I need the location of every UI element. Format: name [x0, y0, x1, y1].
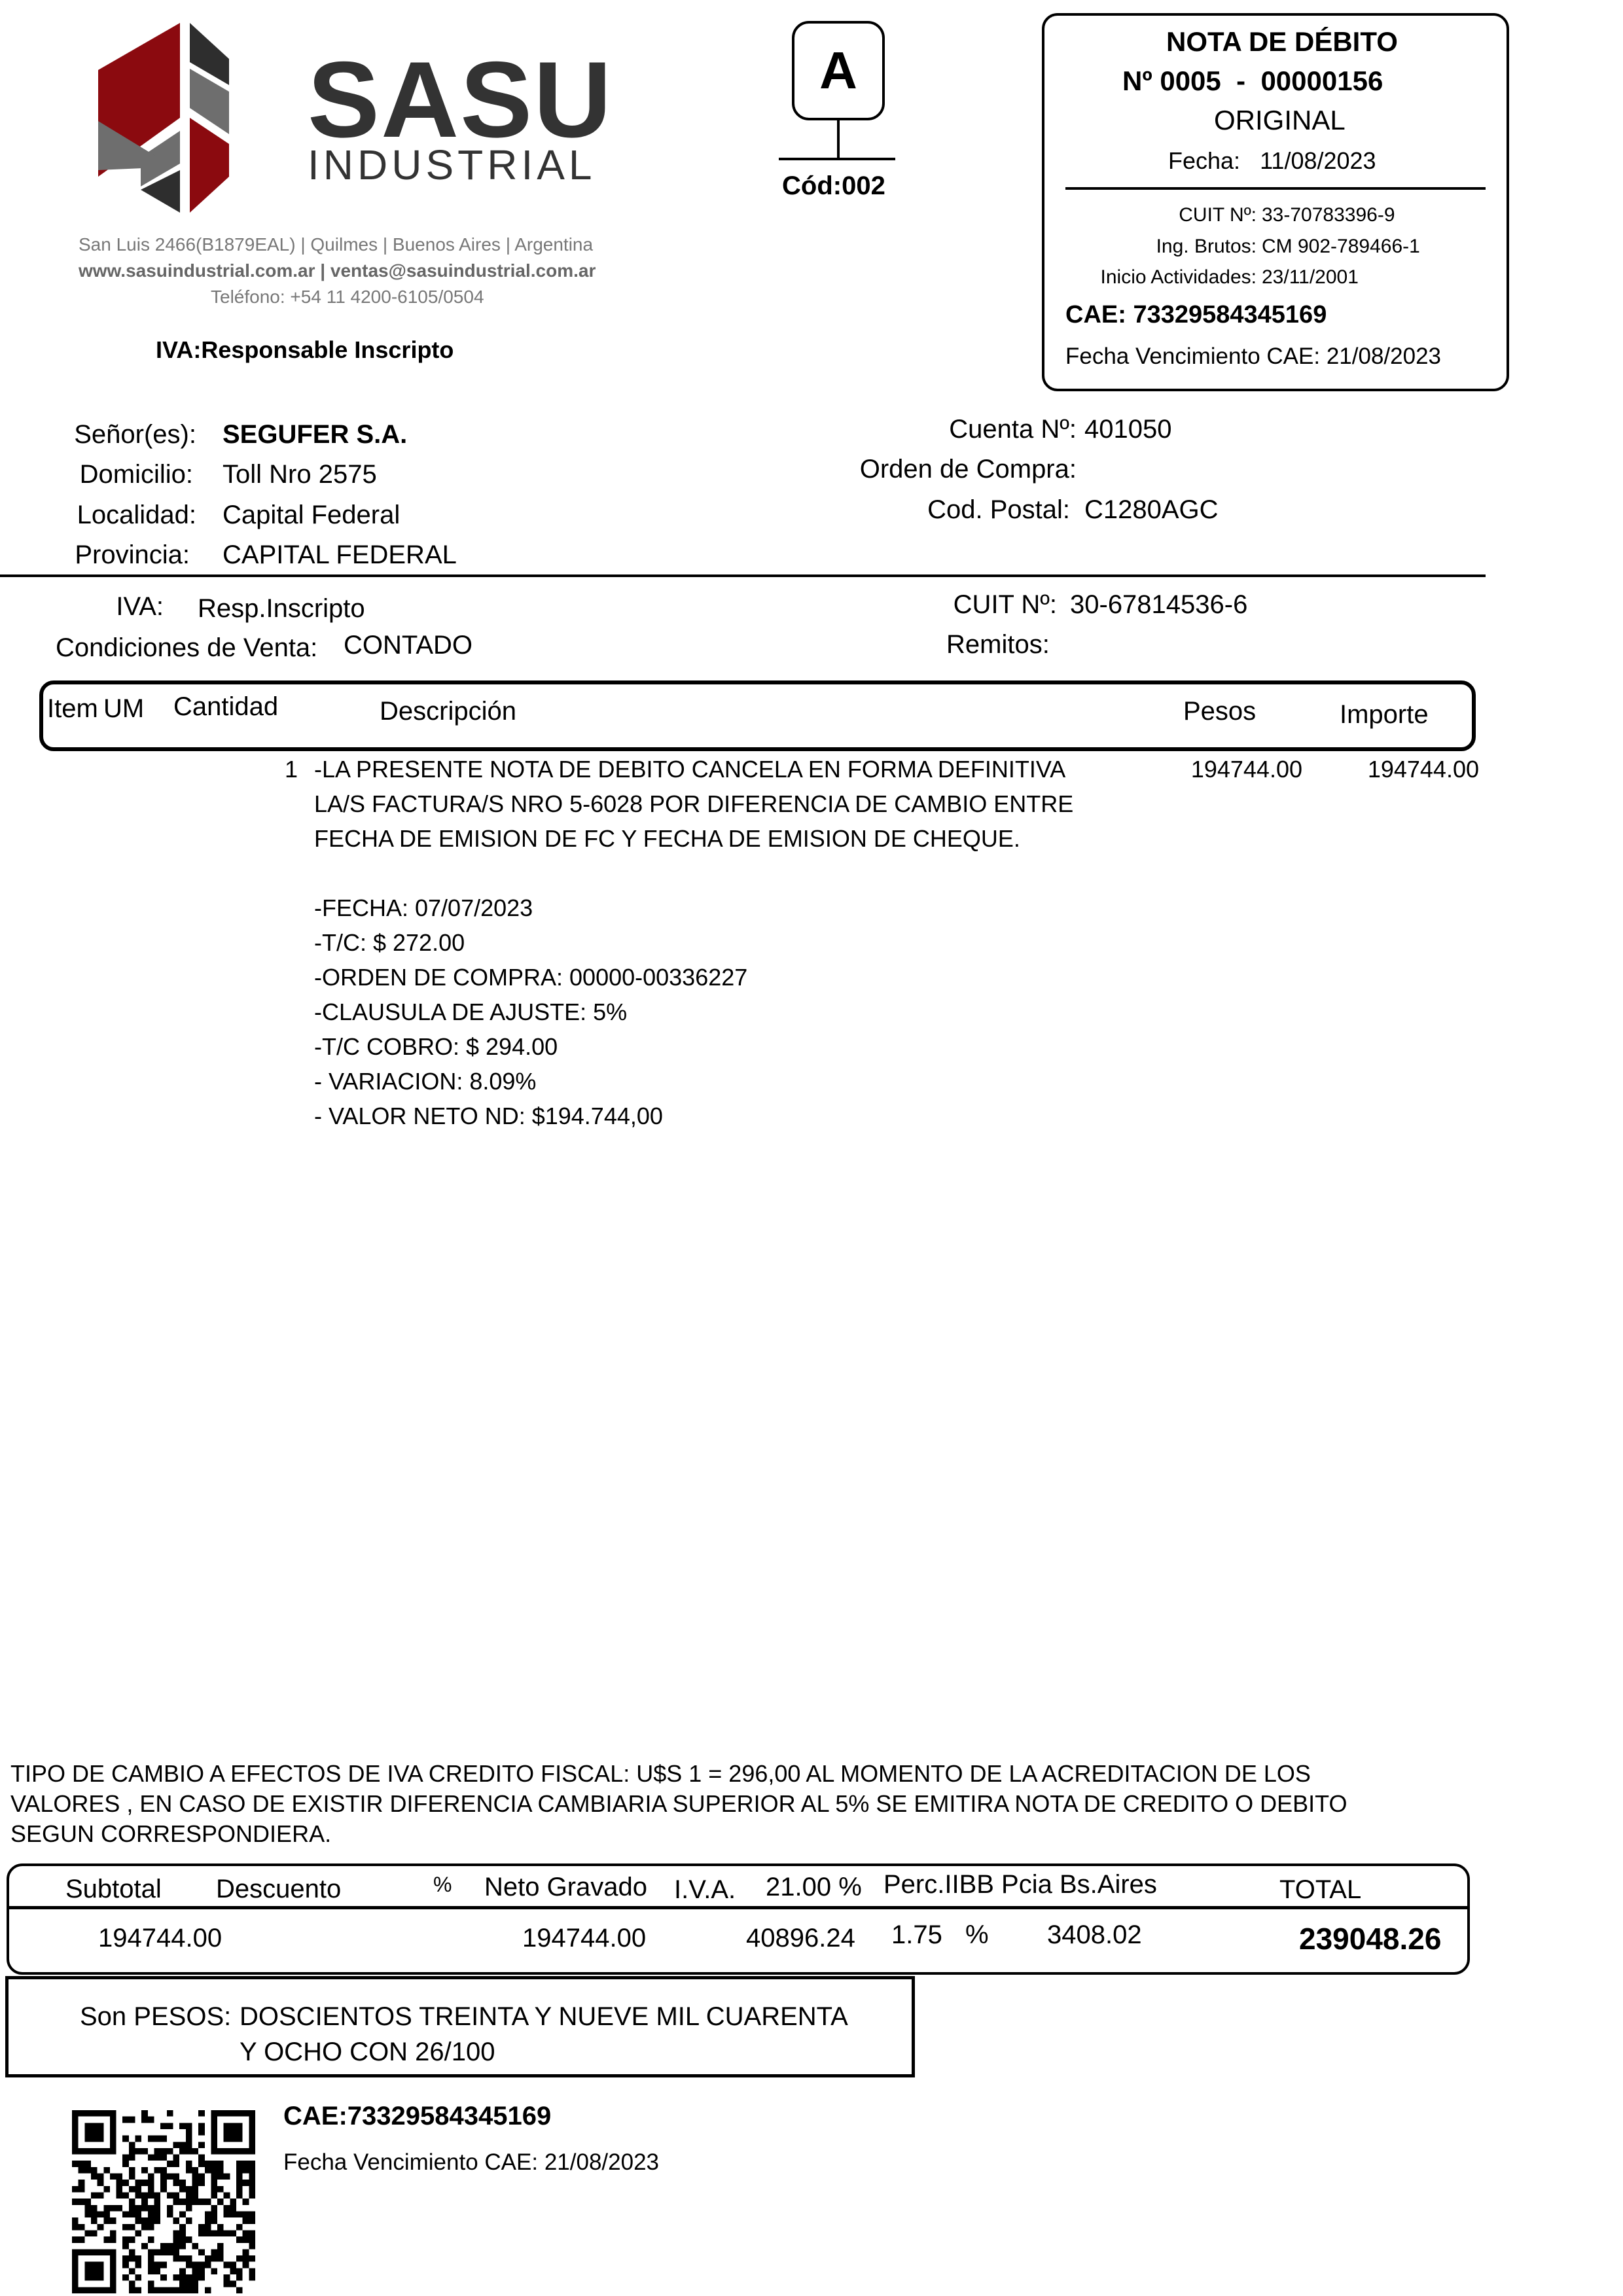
- issuer-start-label: Inicio Actividades:: [1067, 266, 1257, 289]
- item-description-line: -T/C: $ 272.00: [314, 929, 465, 957]
- company-iva-condition: IVA:Responsable Inscripto: [156, 336, 454, 364]
- document-date-label: Fecha:: [1168, 147, 1240, 174]
- customer-sale-cond-label: Condiciones de Venta:: [56, 633, 317, 663]
- document-number-label: Nº: [1122, 65, 1152, 96]
- totals-perc-label: Perc.IIBB Pcia Bs.Aires: [883, 1870, 1157, 1899]
- col-item: Item: [47, 694, 98, 724]
- amount-in-words-line1: DOSCIENTOS TREINTA Y NUEVE MIL CUARENTA: [240, 2002, 848, 2032]
- customer-cuit: 30-67814536-6: [1070, 590, 1247, 620]
- item-qty: 1: [268, 756, 298, 783]
- col-um: UM: [103, 694, 144, 724]
- divider: [0, 574, 1486, 577]
- col-qty: Cantidad: [173, 692, 278, 722]
- document-date-value: 11/08/2023: [1260, 147, 1376, 174]
- col-description: Descripción: [380, 697, 516, 726]
- document-copy: ORIGINAL: [1214, 105, 1346, 136]
- customer-province: CAPITAL FEDERAL: [223, 540, 457, 570]
- totals-iva-rate: 21.00 %: [766, 1873, 862, 1902]
- customer-cuit-label: CUIT Nº:: [942, 590, 1057, 620]
- issuer-cuit: 33-70783396-9: [1262, 204, 1395, 226]
- footer-cae-due-value: 21/08/2023: [544, 2149, 659, 2175]
- item-description-line: -T/C COBRO: $ 294.00: [314, 1033, 558, 1061]
- totals-discount-label: Descuento: [216, 1875, 341, 1904]
- exchange-note-line: VALORES , EN CASO DE EXISTIR DIFERENCIA …: [10, 1790, 1347, 1818]
- customer-address-label: Domicilio:: [65, 460, 193, 489]
- customer-address: Toll Nro 2575: [223, 460, 377, 489]
- divider: [837, 120, 840, 158]
- customer-po-label: Orden de Compra:: [851, 455, 1077, 484]
- cae-due-value: 21/08/2023: [1327, 344, 1441, 369]
- customer-zip: C1280AGC: [1084, 495, 1219, 525]
- issuer-iibb: CM 902-789466-1: [1262, 236, 1420, 258]
- item-description-line: LA/S FACTURA/S NRO 5-6028 POR DIFERENCIA…: [314, 790, 1073, 818]
- footer-cae-due: Fecha Vencimiento CAE: 21/08/2023: [283, 2149, 659, 2176]
- divider: [8, 1906, 1469, 1909]
- company-logo-icon: [98, 23, 275, 213]
- customer-iva-label: IVA:: [65, 592, 164, 622]
- col-price: Pesos: [1183, 697, 1256, 726]
- cae-value: 73329584345169: [1133, 301, 1327, 328]
- totals-iva-value: 40896.24: [746, 1924, 855, 1953]
- customer-province-label: Provincia:: [65, 540, 190, 570]
- item-description-line: FECHA DE EMISION DE FC Y FECHA DE EMISIO…: [314, 825, 1020, 853]
- exchange-note-line: SEGUN CORRESPONDIERA.: [10, 1820, 331, 1848]
- customer-zip-label: Cod. Postal:: [851, 495, 1070, 525]
- issuer-iibb-label: Ing. Brutos:: [1067, 236, 1257, 258]
- document-date: Fecha: 11/08/2023: [1168, 147, 1376, 175]
- item-description-line: -ORDEN DE COMPRA: 00000-00336227: [314, 964, 747, 991]
- item-amount: 194744.00: [1348, 756, 1479, 783]
- totals-total-value: 239048.26: [1299, 1921, 1441, 1956]
- exchange-note-line: TIPO DE CAMBIO A EFECTOS DE IVA CREDITO …: [10, 1760, 1311, 1788]
- customer-city: Capital Federal: [223, 501, 400, 530]
- issuer-cuit-label: CUIT Nº:: [1067, 204, 1257, 226]
- totals-perc-value: 3408.02: [1047, 1920, 1142, 1950]
- item-description-line: -LA PRESENTE NOTA DE DEBITO CANCELA EN F…: [314, 756, 1065, 783]
- item-price: 194744.00: [1171, 756, 1302, 783]
- voucher-letter-text: A: [819, 41, 857, 101]
- document-number-value: 0005 - 00000156: [1160, 65, 1383, 96]
- footer-cae: CAE:73329584345169: [283, 2102, 551, 2131]
- document-cae: CAE: 73329584345169: [1065, 301, 1327, 329]
- totals-net-value: 194744.00: [522, 1924, 646, 1953]
- issuer-start-date: 23/11/2001: [1262, 266, 1359, 289]
- totals-perc-rate: 1.75: [891, 1920, 942, 1950]
- divider: [1065, 187, 1486, 190]
- item-description-line: -FECHA: 07/07/2023: [314, 894, 533, 922]
- company-phone: Teléfono: +54 11 4200-6105/0504: [211, 288, 484, 306]
- customer-sale-cond: CONTADO: [344, 631, 473, 660]
- divider: [779, 158, 895, 160]
- qr-code-icon: [72, 2110, 255, 2293]
- customer-name-label: Señor(es):: [65, 420, 196, 450]
- company-address: San Luis 2466(B1879EAL) | Quilmes | Buen…: [79, 236, 593, 254]
- cae-due-label: Fecha Vencimiento CAE:: [1065, 344, 1320, 369]
- document-cae-due: Fecha Vencimiento CAE: 21/08/2023: [1065, 344, 1441, 370]
- customer-remitos-label: Remitos:: [946, 630, 1050, 660]
- document-number: Nº 0005 - 00000156: [1122, 65, 1383, 97]
- totals-subtotal-label: Subtotal: [65, 1875, 162, 1904]
- totals-total-label: TOTAL: [1279, 1875, 1361, 1905]
- amount-in-words-line2: Y OCHO CON 26/100: [240, 2038, 495, 2067]
- amount-in-words-label: Son PESOS:: [80, 2002, 231, 2032]
- customer-iva: Resp.Inscripto: [198, 594, 365, 624]
- cae-label: CAE:: [1065, 301, 1126, 328]
- col-amount: Importe: [1340, 700, 1429, 730]
- customer-account: 401050: [1084, 415, 1171, 444]
- customer-city-label: Localidad:: [65, 501, 196, 530]
- totals-perc-pct: %: [965, 1920, 989, 1950]
- voucher-code: Cód:002: [782, 171, 885, 201]
- company-name: SASU: [308, 46, 613, 154]
- totals-net-label: Neto Gravado: [484, 1873, 647, 1902]
- footer-cae-due-label: Fecha Vencimiento CAE:: [283, 2149, 538, 2175]
- totals-discount-pct-label: %: [433, 1873, 452, 1897]
- totals-iva-label: I.V.A.: [674, 1875, 736, 1905]
- company-subtitle: INDUSTRIAL: [308, 144, 596, 186]
- item-description-line: - VARIACION: 8.09%: [314, 1068, 536, 1095]
- document-title: NOTA DE DÉBITO: [1166, 26, 1398, 58]
- customer-account-label: Cuenta Nº:: [851, 415, 1077, 444]
- customer-name: SEGUFER S.A.: [223, 420, 407, 450]
- voucher-letter: A: [792, 21, 885, 120]
- totals-subtotal-value: 194744.00: [98, 1924, 222, 1953]
- company-web-email: www.sasuindustrial.com.ar | ventas@sasui…: [79, 262, 596, 280]
- item-description-line: - VALOR NETO ND: $194.744,00: [314, 1103, 663, 1130]
- item-description-line: -CLAUSULA DE AJUSTE: 5%: [314, 998, 627, 1026]
